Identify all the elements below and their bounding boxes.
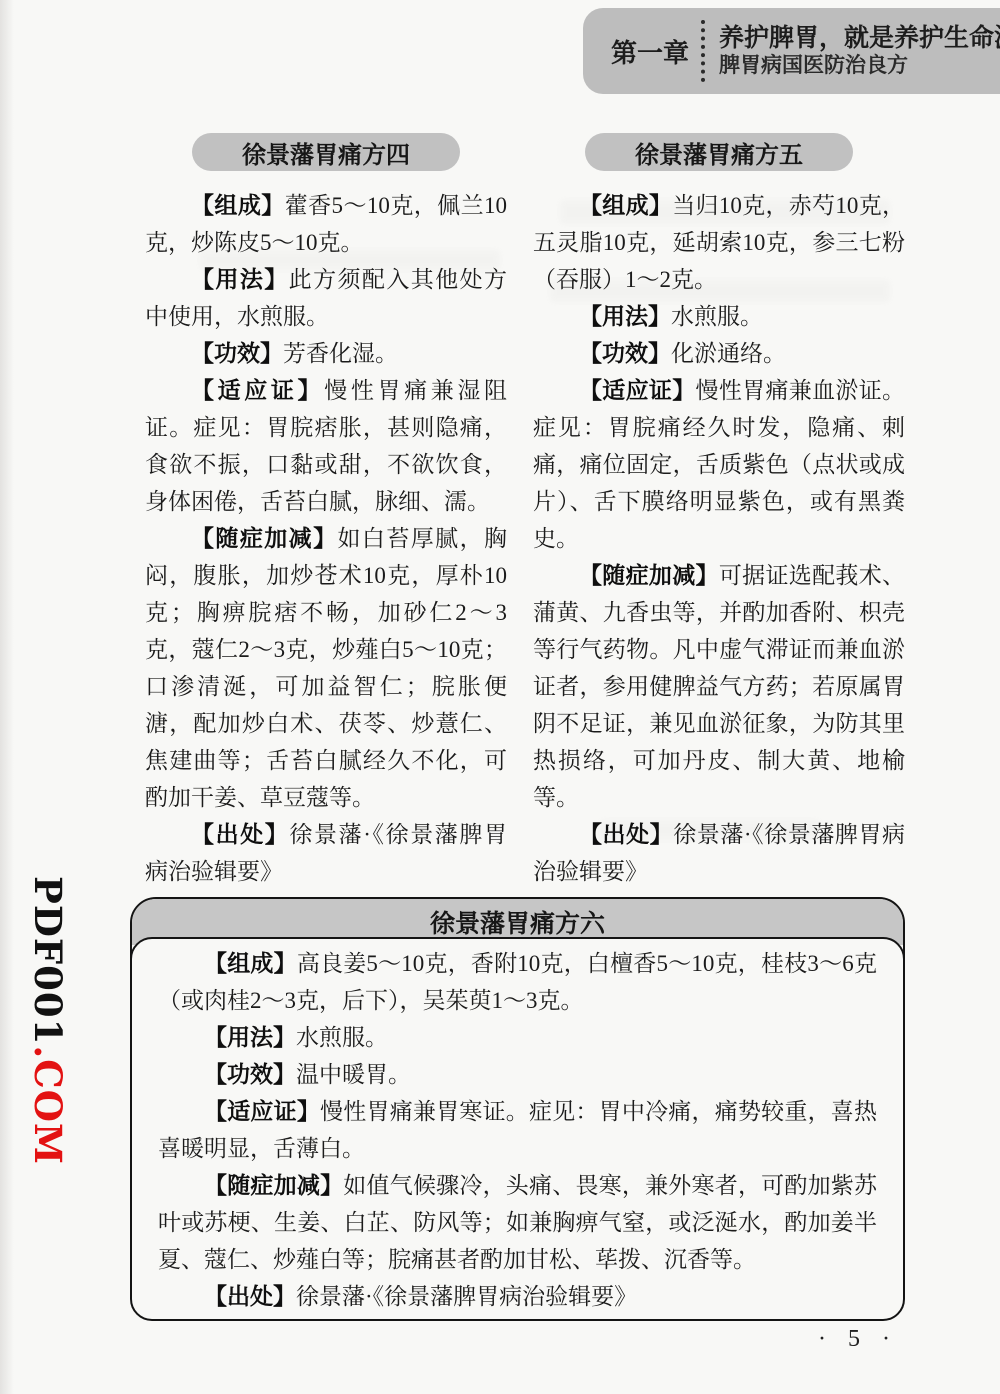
paragraph-usage: 【用法】水煎服。 [158, 1019, 877, 1056]
paragraph-label: 【功效】 [204, 1061, 296, 1087]
paragraph-effect: 【功效】化淤通络。 [533, 335, 905, 372]
watermark-red-part: .COM [26, 1045, 70, 1165]
recipe-six-body: 【组成】高良姜5～10克，香附10克，白檀香5～10克，桂枝3～6克（或肉桂2～… [130, 937, 905, 1321]
paragraph-label: 【适应证】 [191, 377, 324, 403]
chapter-number: 第一章 [611, 33, 689, 70]
paragraph-label: 【功效】 [191, 340, 283, 366]
paragraph-indication: 【适应证】慢性胃痛兼胃寒证。症见：胃中冷痛，痛势较重，喜热喜暖明显，舌薄白。 [158, 1093, 877, 1167]
paragraph-modification: 【随症加减】如值气候骤冷，头痛、畏寒，兼外寒者，可酌加紫苏叶或苏梗、生姜、白芷、… [158, 1167, 877, 1278]
paragraph-text: 化淤通络。 [671, 341, 786, 366]
page-number: · 5 · [818, 1326, 898, 1353]
paragraph-source: 【出处】徐景藩·《徐景藩脾胃病治验辑要》 [533, 816, 905, 890]
column-recipe-four: 徐景藩胃痛方四 【组成】藿香5～10克，佩兰10克，炒陈皮5～10克。 【用法】… [145, 133, 507, 890]
paragraph-indication: 【适应证】慢性胃痛兼湿阻证。症见：胃脘痞胀，甚则隐痛，食欲不振，口黏或甜，不欲饮… [145, 372, 507, 520]
paragraph-label: 【用法】 [579, 303, 671, 329]
paragraph-label: 【出处】 [204, 1283, 296, 1309]
paragraph-source: 【出处】徐景藩·《徐景藩脾胃病治验辑要》 [158, 1278, 877, 1315]
paragraph-label: 【组成】 [191, 192, 285, 218]
paragraph-effect: 【功效】芳香化湿。 [145, 335, 507, 372]
paragraph-label: 【用法】 [204, 1024, 296, 1050]
paragraph-label: 【用法】 [191, 266, 289, 292]
paragraph-label: 【随症加减】 [579, 562, 719, 588]
paragraph-text: 徐景藩·《徐景藩脾胃病治验辑要》 [296, 1284, 637, 1309]
paragraph-label: 【适应证】 [579, 377, 696, 403]
chapter-header: 第一章 养护脾胃，就是养护生命源泉 脾胃病国医防治良方 [583, 8, 1000, 94]
paragraph-text: 可据证选配莪术、蒲黄、九香虫等，并酌加香附、枳壳等行气药物。凡中虚气滞证而兼血淤… [533, 563, 905, 810]
paragraph-text: 温中暖胃。 [296, 1062, 411, 1087]
paragraph-label: 【随症加减】 [204, 1172, 343, 1198]
paragraph-indication: 【适应证】慢性胃痛兼血淤证。症见：胃脘痛经久时发，隐痛、刺痛，痛位固定，舌质紫色… [533, 372, 905, 557]
paragraph-composition: 【组成】高良姜5～10克，香附10克，白檀香5～10克，桂枝3～6克（或肉桂2～… [158, 945, 877, 1019]
paragraph-source: 【出处】徐景藩·《徐景藩脾胃病治验辑要》 [145, 816, 507, 890]
paragraph-label: 【出处】 [191, 821, 289, 847]
paragraph-usage: 【用法】此方须配入其他处方中使用，水煎服。 [145, 261, 507, 335]
paragraph-text: 水煎服。 [296, 1025, 388, 1050]
recipe-six-box: 徐景藩胃痛方六 【组成】高良姜5～10克，香附10克，白檀香5～10克，桂枝3～… [130, 897, 905, 1317]
scan-edge [0, 0, 14, 1394]
paragraph-label: 【适应证】 [204, 1098, 320, 1124]
paragraph-text: 水煎服。 [671, 304, 763, 329]
recipe-five-body: 【组成】当归10克，赤芍10克，五灵脂10克，延胡索10克，参三七粉（吞服）1～… [533, 187, 905, 890]
paragraph-composition: 【组成】当归10克，赤芍10克，五灵脂10克，延胡索10克，参三七粉（吞服）1～… [533, 187, 905, 298]
paragraph-modification: 【随症加减】可据证选配莪术、蒲黄、九香虫等，并酌加香附、枳壳等行气药物。凡中虚气… [533, 557, 905, 816]
chapter-title-line1: 养护脾胃，就是养护生命源泉 [719, 23, 1000, 53]
paragraph-text: 慢性胃痛兼血淤证。症见：胃脘痛经久时发，隐痛、刺痛，痛位固定，舌质紫色（点状或成… [533, 378, 905, 551]
watermark: PDF001.COM [26, 876, 70, 1165]
paragraph-text: 芳香化湿。 [283, 341, 398, 366]
paragraph-label: 【随症加减】 [191, 525, 338, 551]
chapter-dotted-divider [701, 20, 705, 82]
paragraph-text: 如白苔厚腻，胸闷，腹胀，加炒苍术10克，厚朴10克；胸痹脘痞不畅，加砂仁2～3克… [145, 526, 507, 810]
recipe-four-body: 【组成】藿香5～10克，佩兰10克，炒陈皮5～10克。 【用法】此方须配入其他处… [145, 187, 507, 890]
paragraph-label: 【出处】 [579, 821, 673, 847]
recipe-four-heading: 徐景藩胃痛方四 [192, 133, 460, 171]
paragraph-label: 【功效】 [579, 340, 671, 366]
paragraph-usage: 【用法】水煎服。 [533, 298, 905, 335]
paragraph-label: 【组成】 [204, 950, 297, 976]
recipe-five-heading: 徐景藩胃痛方五 [585, 133, 853, 171]
chapter-titles: 养护脾胃，就是养护生命源泉 脾胃病国医防治良方 [719, 23, 1000, 79]
paragraph-modification: 【随症加减】如白苔厚腻，胸闷，腹胀，加炒苍术10克，厚朴10克；胸痹脘痞不畅，加… [145, 520, 507, 816]
watermark-black-part: PDF001 [26, 876, 70, 1045]
column-recipe-five: 徐景藩胃痛方五 【组成】当归10克，赤芍10克，五灵脂10克，延胡索10克，参三… [533, 133, 905, 890]
chapter-title-line2: 脾胃病国医防治良方 [719, 53, 1000, 79]
paragraph-composition: 【组成】藿香5～10克，佩兰10克，炒陈皮5～10克。 [145, 187, 507, 261]
paragraph-label: 【组成】 [579, 192, 672, 218]
paragraph-effect: 【功效】温中暖胃。 [158, 1056, 877, 1093]
